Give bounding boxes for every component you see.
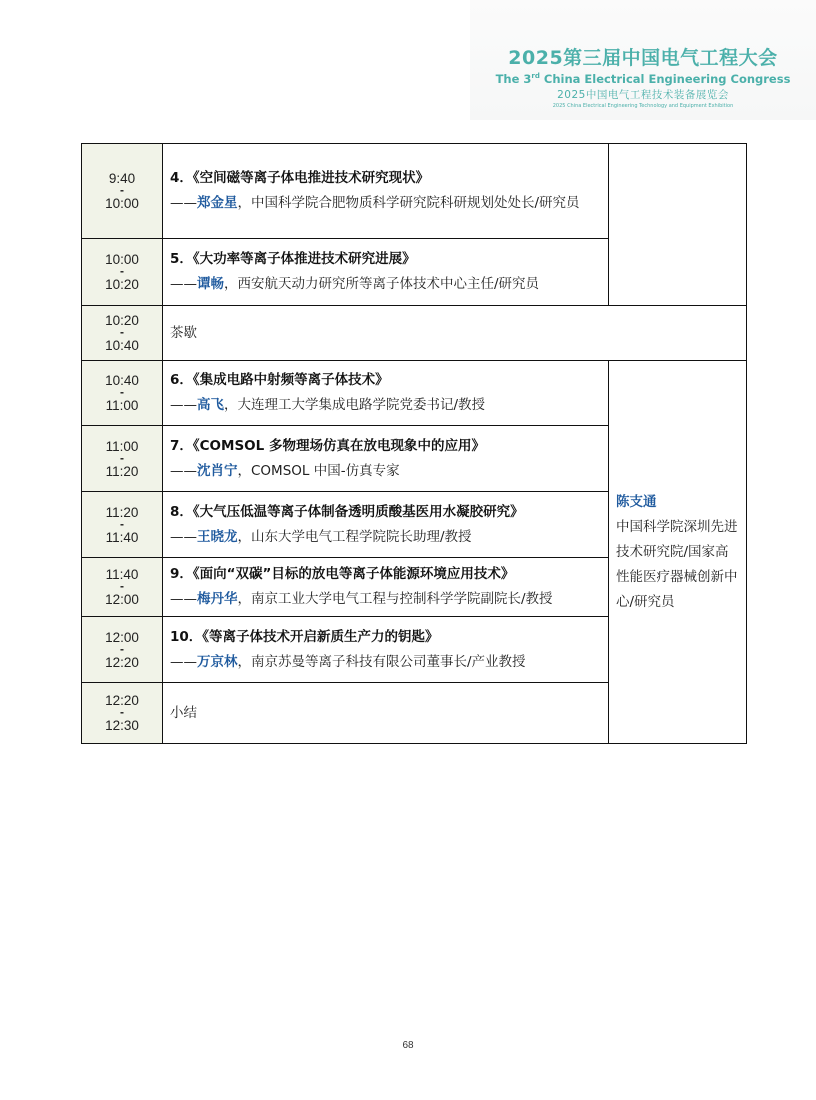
speaker-affiliation: ，南京工业大学电气工程与控制科学学院副院长/教授 xyxy=(238,591,553,607)
talk-title: 7．《COMSOL 多物理场仿真在放电现象中的应用》 xyxy=(170,434,602,459)
time-cell: 10:20-10:40 xyxy=(82,306,163,361)
talk-cell: 5．《大功率等离子体推进技术研究进展》 ——谭畅，西安航天动力研究所等离子体技术… xyxy=(163,239,609,306)
logo-title-en: The 3rd China Electrical Engineering Con… xyxy=(470,69,816,86)
talk-speaker-line: ——谭畅，西安航天动力研究所等离子体技术中心主任/研究员 xyxy=(170,272,602,297)
chair-cell: 陈支通 中国科学院深圳先进技术研究院/国家高性能医疗器械创新中心/研究员 xyxy=(609,361,747,744)
time-cell: 12:00-12:20 xyxy=(82,617,163,683)
talk-title: 4．《空间磁等离子体电推进技术研究现状》 xyxy=(170,166,602,191)
talk-cell: 10．《等离子体技术开启新质生产力的钥匙》 ——万京林，南京苏曼等离子科技有限公… xyxy=(163,617,609,683)
time-cell: 11:00-11:20 xyxy=(82,426,163,492)
time-cell: 9:40-10:00 xyxy=(82,144,163,239)
conference-header: 2025第三届中国电气工程大会 The 3rd China Electrical… xyxy=(470,0,816,120)
speaker-affiliation: ，南京苏曼等离子科技有限公司董事长/产业教授 xyxy=(238,654,526,670)
talk-speaker-line: ——万京林，南京苏曼等离子科技有限公司董事长/产业教授 xyxy=(170,650,602,675)
time-cell: 10:40-11:00 xyxy=(82,361,163,426)
talk-cell: 8．《大气压低温等离子体制备透明质酸基医用水凝胶研究》 ——王晓龙，山东大学电气… xyxy=(163,492,609,558)
chair-name: 陈支通 xyxy=(616,490,742,515)
speaker-affiliation: ，COMSOL 中国-仿真专家 xyxy=(238,463,400,479)
logo-exhibition-cn: 2025中国电气工程技术装备展览会 xyxy=(470,87,816,103)
speaker-affiliation: ，西安航天动力研究所等离子体技术中心主任/研究员 xyxy=(224,276,539,292)
page-number: 68 xyxy=(0,1040,816,1051)
speaker-name: 高飞 xyxy=(197,397,224,413)
speaker-name: 沈肖宁 xyxy=(197,463,238,479)
table-row: 9:40-10:00 4．《空间磁等离子体电推进技术研究现状》 ——郑金星，中国… xyxy=(82,144,747,239)
talk-cell: 9．《面向“双碳”目标的放电等离子体能源环境应用技术》 ——梅丹华，南京工业大学… xyxy=(163,558,609,617)
time-cell: 11:20-11:40 xyxy=(82,492,163,558)
talk-title: 10．《等离子体技术开启新质生产力的钥匙》 xyxy=(170,625,602,650)
table-row: 10:20-10:40 茶歇 xyxy=(82,306,747,361)
time-cell: 10:00-10:20 xyxy=(82,239,163,306)
talk-cell: 7．《COMSOL 多物理场仿真在放电现象中的应用》 ——沈肖宁，COMSOL … xyxy=(163,426,609,492)
time-cell: 12:20-12:30 xyxy=(82,683,163,744)
talk-title: 9．《面向“双碳”目标的放电等离子体能源环境应用技术》 xyxy=(170,562,602,587)
speaker-affiliation: ，山东大学电气工程学院院长助理/教授 xyxy=(238,529,472,545)
talk-cell: 6．《集成电路中射频等离子体技术》 ——高飞，大连理工大学集成电路学院党委书记/… xyxy=(163,361,609,426)
tea-break-label: 茶歇 xyxy=(170,325,197,341)
speaker-name: 梅丹华 xyxy=(197,591,238,607)
summary-cell: 小结 xyxy=(163,683,609,744)
chair-cell-empty xyxy=(609,144,747,306)
talk-cell: 4．《空间磁等离子体电推进技术研究现状》 ——郑金星，中国科学院合肥物质科学研究… xyxy=(163,144,609,239)
speaker-name: 万京林 xyxy=(197,654,238,670)
break-cell: 茶歇 xyxy=(163,306,747,361)
conference-logo: 2025第三届中国电气工程大会 The 3rd China Electrical… xyxy=(470,47,816,109)
chair-affiliation: 中国科学院深圳先进技术研究院/国家高性能医疗器械创新中心/研究员 xyxy=(616,515,742,615)
logo-exhibition-en: 2025 China Electrical Engineering Techno… xyxy=(470,103,816,109)
talk-speaker-line: ——王晓龙，山东大学电气工程学院院长助理/教授 xyxy=(170,525,602,550)
talk-title: 8．《大气压低温等离子体制备透明质酸基医用水凝胶研究》 xyxy=(170,500,602,525)
talk-speaker-line: ——沈肖宁，COMSOL 中国-仿真专家 xyxy=(170,459,602,484)
time-cell: 11:40-12:00 xyxy=(82,558,163,617)
talk-title: 5．《大功率等离子体推进技术研究进展》 xyxy=(170,247,602,272)
speaker-name: 王晓龙 xyxy=(197,529,238,545)
agenda-table: 9:40-10:00 4．《空间磁等离子体电推进技术研究现状》 ——郑金星，中国… xyxy=(81,143,747,744)
speaker-affiliation: ，大连理工大学集成电路学院党委书记/教授 xyxy=(224,397,485,413)
talk-speaker-line: ——高飞，大连理工大学集成电路学院党委书记/教授 xyxy=(170,393,602,418)
table-row: 10:40-11:00 6．《集成电路中射频等离子体技术》 ——高飞，大连理工大… xyxy=(82,361,747,426)
talk-speaker-line: ——郑金星，中国科学院合肥物质科学研究院科研规划处处长/研究员 xyxy=(170,191,602,216)
logo-title-cn: 2025第三届中国电气工程大会 xyxy=(470,47,816,69)
speaker-name: 谭畅 xyxy=(197,276,224,292)
talk-title: 6．《集成电路中射频等离子体技术》 xyxy=(170,368,602,393)
speaker-name: 郑金星 xyxy=(197,195,238,211)
summary-label: 小结 xyxy=(170,705,197,721)
speaker-affiliation: ，中国科学院合肥物质科学研究院科研规划处处长/研究员 xyxy=(238,195,580,211)
talk-speaker-line: ——梅丹华，南京工业大学电气工程与控制科学学院副院长/教授 xyxy=(170,587,602,612)
